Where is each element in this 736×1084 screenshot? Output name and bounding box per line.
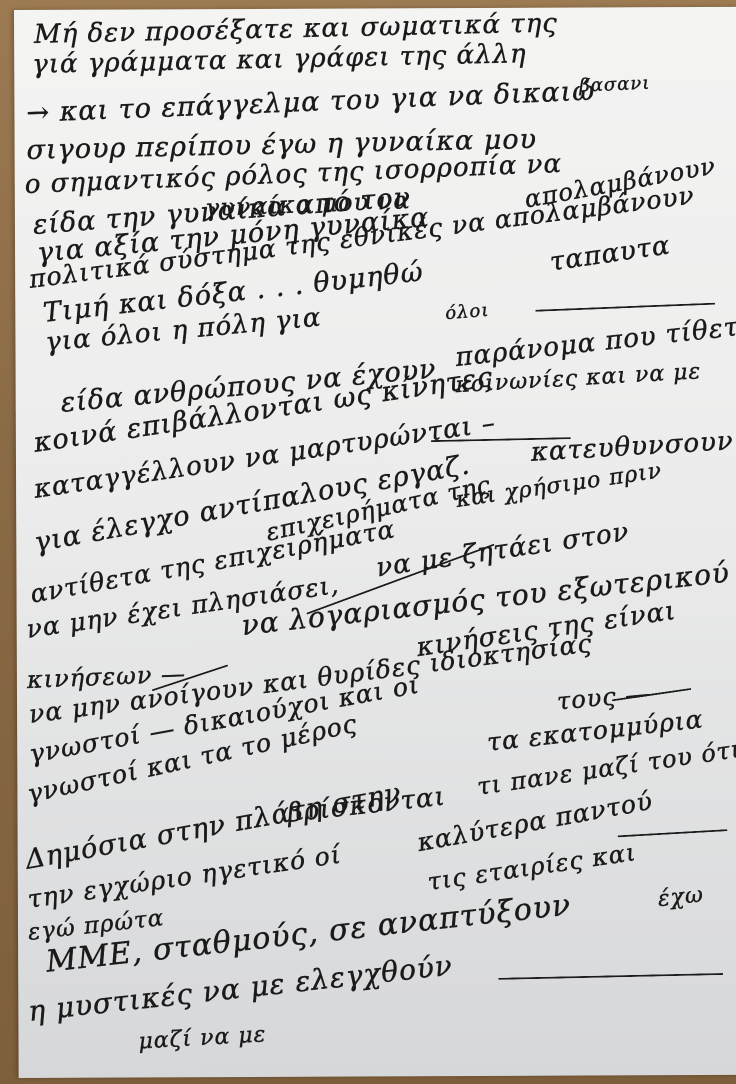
underline-stroke	[535, 303, 715, 312]
handwritten-line: ταπαυτα	[548, 230, 672, 277]
handwritten-line: → και το επάγγελμα του για να δικαιώ	[26, 76, 596, 129]
underline-stroke	[618, 829, 728, 837]
handwritten-line: όλοι	[445, 300, 491, 324]
underline-stroke	[498, 973, 723, 980]
photo-scene: Μή δεν προσέξατε και σωματικά τηςγιά γρά…	[0, 0, 736, 1084]
handwritten-line: έχω	[657, 882, 706, 912]
handwritten-line: μαζί να με	[138, 1022, 267, 1054]
handwritten-page: Μή δεν προσέξατε και σωματικά τηςγιά γρά…	[14, 7, 736, 1078]
